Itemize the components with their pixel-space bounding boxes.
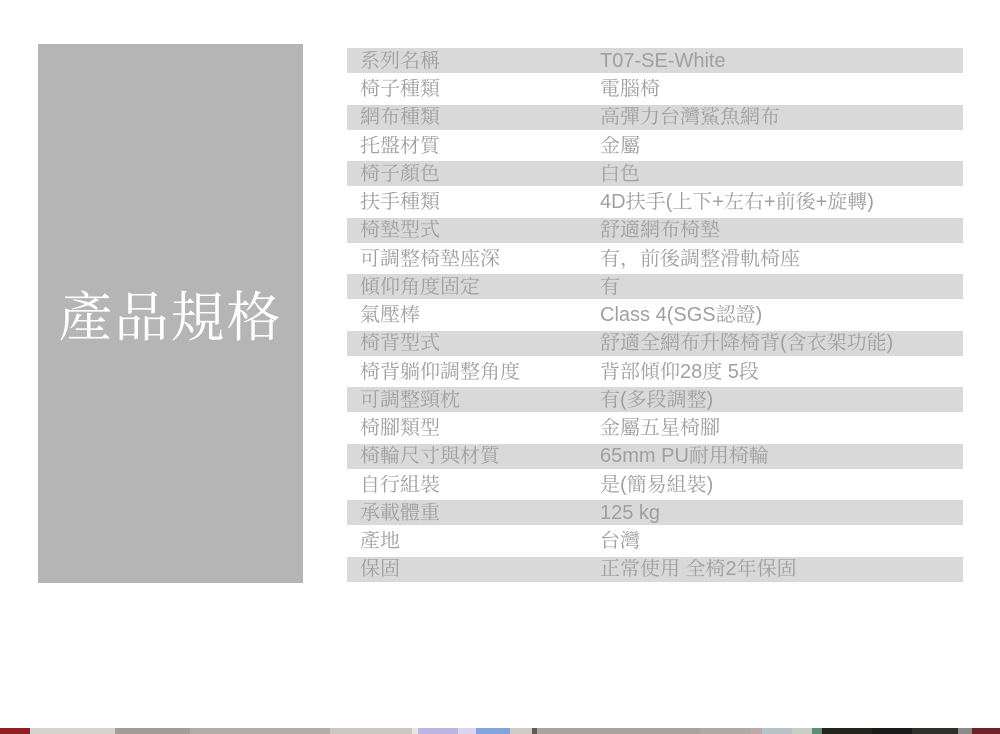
photo-strip-segment: [0, 728, 30, 734]
spec-row: 椅腳類型 金屬五星椅腳: [347, 414, 963, 442]
spec-value: 有: [600, 277, 963, 297]
photo-strip-segment: [190, 728, 330, 734]
spec-row: 托盤材質 金屬: [347, 132, 963, 160]
photo-strip-segment: [476, 728, 510, 734]
spec-label: 托盤材質: [347, 136, 600, 156]
product-spec-panel: 產品規格: [38, 44, 303, 583]
spec-row: 可調整椅墊座深 有，前後調整滑軌椅座: [347, 245, 963, 273]
photo-strip-segment: [510, 728, 532, 734]
spec-label: 氣壓棒: [347, 305, 600, 325]
spec-label: 椅腳類型: [347, 418, 600, 438]
spec-row: 保固 正常使用 全椅2年保固: [347, 556, 963, 584]
spec-label: 椅子種類: [347, 79, 600, 99]
spec-value: 背部傾仰28度 5段: [600, 362, 963, 382]
photo-strip-segment: [822, 728, 872, 734]
photo-strip-segment: [762, 728, 792, 734]
photo-strip-segment: [330, 728, 412, 734]
spec-value: 高彈力台灣鯊魚網布: [600, 107, 963, 127]
spec-row: 可調整頸枕 有(多段調整): [347, 386, 963, 414]
spec-value: 白色: [600, 164, 963, 184]
spec-value: 金屬: [600, 136, 963, 156]
photo-strip-segment: [115, 728, 190, 734]
photo-strip-segment: [30, 728, 115, 734]
spec-row: 椅輪尺寸與材質 65mm PU耐用椅輪: [347, 443, 963, 471]
spec-value: 是(簡易組裝): [600, 475, 963, 495]
spec-label: 產地: [347, 531, 600, 551]
spec-value: 舒適網布椅墊: [600, 220, 963, 240]
spec-value: 舒適全網布升降椅背(含衣架功能): [600, 333, 963, 353]
spec-label: 傾仰角度固定: [347, 277, 600, 297]
spec-label: 椅背躺仰調整角度: [347, 362, 600, 382]
spec-value: 125 kg: [600, 503, 963, 523]
spec-value: 電腦椅: [600, 79, 963, 99]
spec-row: 承載體重 125 kg: [347, 499, 963, 527]
photo-strip-segment: [792, 728, 812, 734]
spec-label: 扶手種類: [347, 192, 600, 212]
spec-value: T07-SE-White: [600, 51, 963, 71]
spec-label: 椅輪尺寸與材質: [347, 446, 600, 466]
photo-strip-segment: [912, 728, 958, 734]
spec-row: 扶手種類 4D扶手(上下+左右+前後+旋轉): [347, 188, 963, 216]
photo-strip-segment: [700, 728, 750, 734]
photo-strip-segment: [812, 728, 822, 734]
spec-label: 椅子顏色: [347, 164, 600, 184]
spec-value: 金屬五星椅腳: [600, 418, 963, 438]
spec-label: 椅背型式: [347, 333, 600, 353]
spec-label: 承載體重: [347, 503, 600, 523]
spec-label: 網布種類: [347, 107, 600, 127]
spec-row: 系列名稱 T07-SE-White: [347, 47, 963, 75]
spec-value: 正常使用 全椅2年保固: [600, 559, 963, 579]
spec-value: 有(多段調整): [600, 390, 963, 410]
spec-value: 4D扶手(上下+左右+前後+旋轉): [600, 192, 963, 212]
spec-row: 椅子種類 電腦椅: [347, 75, 963, 103]
spec-label: 自行組裝: [347, 475, 600, 495]
spec-label: 系列名稱: [347, 51, 600, 71]
spec-value: 台灣: [600, 531, 963, 551]
spec-row: 椅子顏色 白色: [347, 160, 963, 188]
spec-value: 65mm PU耐用椅輪: [600, 446, 963, 466]
spec-table: 系列名稱 T07-SE-White 椅子種類 電腦椅 網布種類 高彈力台灣鯊魚網…: [347, 47, 963, 584]
photo-strip-segment: [537, 728, 700, 734]
spec-value: 有，前後調整滑軌椅座: [600, 249, 963, 269]
photo-strip-segment: [872, 728, 912, 734]
spec-label: 保固: [347, 559, 600, 579]
page: { "title_panel": { "label": "產品規格", "bg_…: [0, 0, 1000, 734]
spec-row: 椅背躺仰調整角度 背部傾仰28度 5段: [347, 358, 963, 386]
photo-strip-segment: [418, 728, 458, 734]
photo-strip-segment: [972, 728, 1000, 734]
spec-row: 自行組裝 是(簡易組裝): [347, 471, 963, 499]
spec-value: Class 4(SGS認證): [600, 305, 963, 325]
spec-row: 網布種類 高彈力台灣鯊魚網布: [347, 104, 963, 132]
spec-row: 氣壓棒 Class 4(SGS認證): [347, 301, 963, 329]
photo-strip-segment: [750, 728, 762, 734]
spec-label: 椅墊型式: [347, 220, 600, 240]
spec-row: 傾仰角度固定 有: [347, 273, 963, 301]
spec-label: 可調整頸枕: [347, 390, 600, 410]
photo-strip: [0, 728, 1000, 734]
photo-strip-segment: [958, 728, 972, 734]
spec-row: 椅背型式 舒適全網布升降椅背(含衣架功能): [347, 330, 963, 358]
spec-row: 椅墊型式 舒適網布椅墊: [347, 217, 963, 245]
spec-label: 可調整椅墊座深: [347, 249, 600, 269]
product-spec-title: 產品規格: [59, 275, 283, 352]
spec-row: 產地 台灣: [347, 527, 963, 555]
photo-strip-segment: [458, 728, 476, 734]
